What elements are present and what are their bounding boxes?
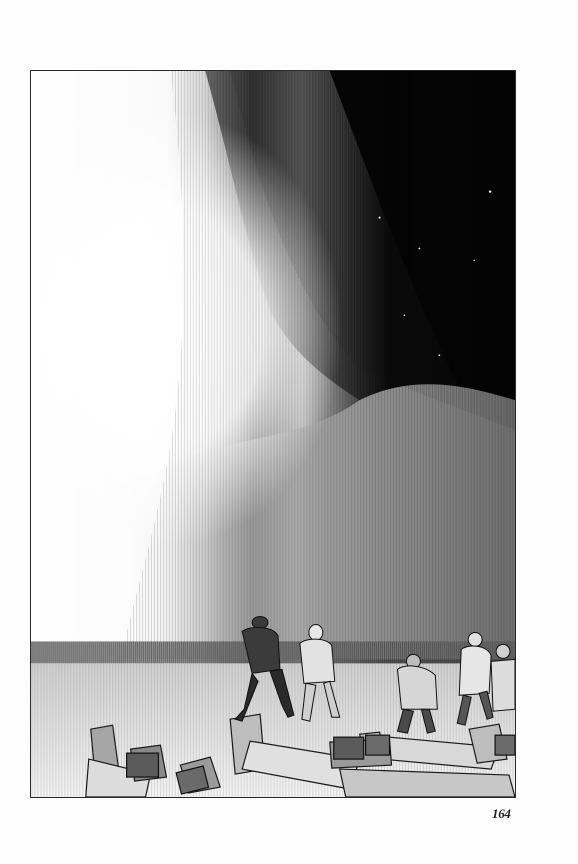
illustration-panel — [30, 70, 516, 798]
manga-page: 164 — [0, 0, 578, 864]
panel-artwork — [31, 71, 515, 797]
page-number: 164 — [492, 806, 511, 822]
